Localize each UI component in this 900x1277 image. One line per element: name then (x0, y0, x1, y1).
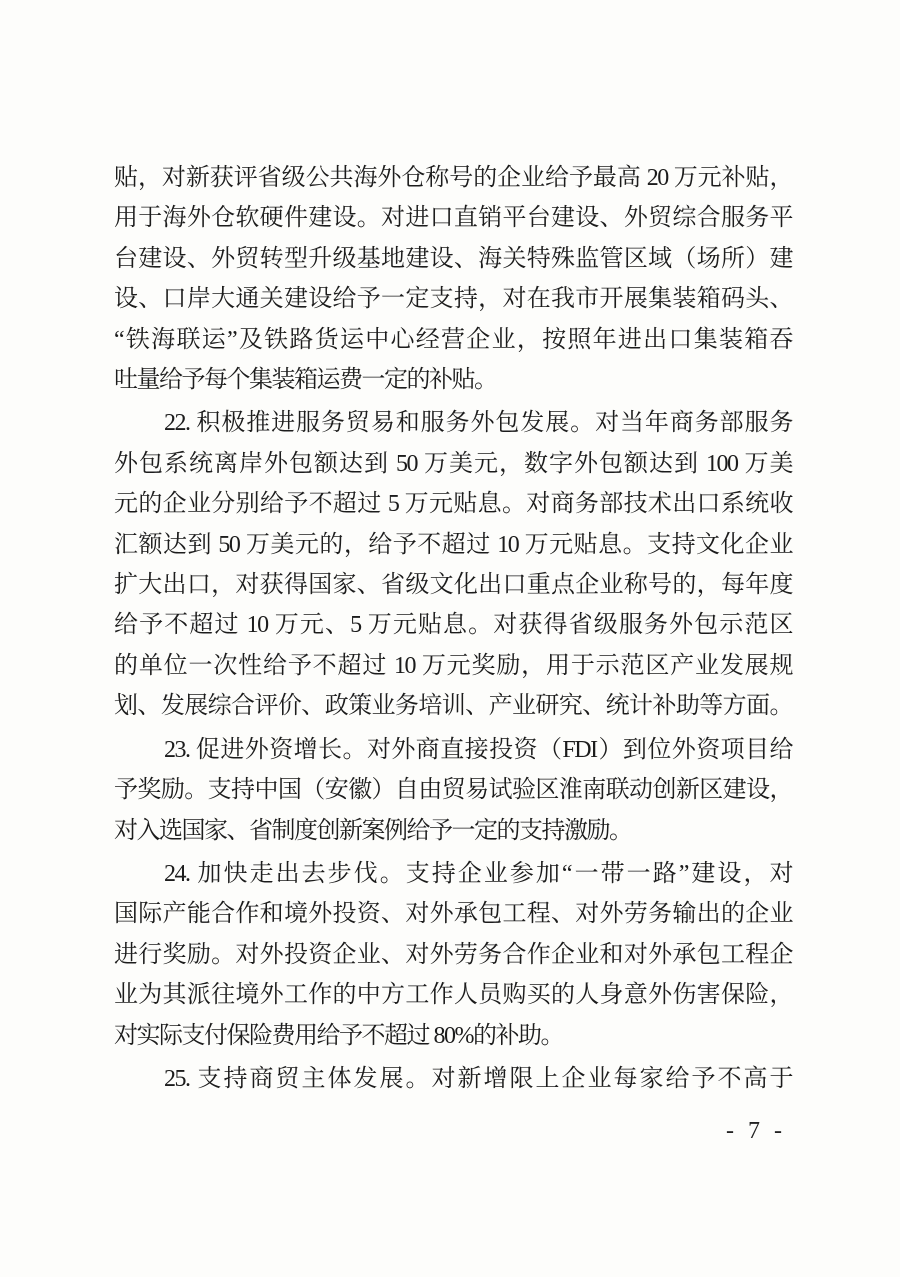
text-line: 汇额达到 50 万美元的，给予不超过 10 万元贴息。支持文化企业 (114, 525, 792, 565)
text-line: 24. 加快走出去步伐。支持企业参加“一带一路”建设，对 (114, 854, 792, 894)
text-line: 25. 支持商贸主体发展。对新增限上企业每家给予不高于 (114, 1059, 792, 1099)
paragraph-continuation: 贴，对新获评省级公共海外仓称号的企业给予最高 20 万元补贴， 用于海外仓软硬件… (114, 158, 792, 400)
text-line: 外包系统离岸外包额达到 50 万美元，数字外包额达到 100 万美 (114, 444, 792, 484)
text-line: 的单位一次性给予不超过 10 万元奖励，用于示范区产业发展规 (114, 646, 792, 686)
text-line: 22. 积极推进服务贸易和服务外包发展。对当年商务部服务 (114, 403, 792, 443)
text-line: 用于海外仓软硬件建设。对进口直销平台建设、外贸综合服务平 (114, 198, 792, 238)
text-line: 对入选国家、省制度创新案例给予一定的支持激励。 (114, 811, 792, 851)
text-line: 进行奖励。对外投资企业、对外劳务合作企业和对外承包工程企 (114, 935, 792, 975)
scanned-document-page: 贴，对新获评省级公共海外仓称号的企业给予最高 20 万元补贴， 用于海外仓软硬件… (0, 0, 900, 1277)
text-line: 给予不超过 10 万元、5 万元贴息。对获得省级服务外包示范区 (114, 605, 792, 645)
text-line: 业为其派往境外工作的中方工作人员购买的人身意外伤害保险， (114, 975, 792, 1015)
text-line: 予奖励。支持中国（安徽）自由贸易试验区淮南联动创新区建设， (114, 770, 792, 810)
text-line: 贴，对新获评省级公共海外仓称号的企业给予最高 20 万元补贴， (114, 158, 792, 198)
paragraph-item-23: 23. 促进外资增长。对外商直接投资（FDI）到位外资项目给 予奖励。支持中国（… (114, 730, 792, 851)
text-line: 元的企业分别给予不超过 5 万元贴息。对商务部技术出口系统收 (114, 484, 792, 524)
text-line: 扩大出口，对获得国家、省级文化出口重点企业称号的，每年度 (114, 565, 792, 605)
paragraph-item-24: 24. 加快走出去步伐。支持企业参加“一带一路”建设，对 国际产能合作和境外投资… (114, 854, 792, 1056)
page-number: - 7 - (726, 1118, 786, 1145)
document-text-block: 贴，对新获评省级公共海外仓称号的企业给予最高 20 万元补贴， 用于海外仓软硬件… (114, 158, 792, 1099)
text-line: 对实际支付保险费用给予不超过 80%的补助。 (114, 1016, 792, 1056)
text-line: 国际产能合作和境外投资、对外承包工程、对外劳务输出的企业 (114, 894, 792, 934)
text-line: 设、口岸大通关建设给予一定支持，对在我市开展集装箱码头、 (114, 279, 792, 319)
paragraph-item-22: 22. 积极推进服务贸易和服务外包发展。对当年商务部服务 外包系统离岸外包额达到… (114, 403, 792, 726)
text-line: 吐量给予每个集装箱运费一定的补贴。 (114, 360, 792, 400)
text-line: 划、发展综合评价、政策业务培训、产业研究、统计补助等方面。 (114, 686, 792, 726)
paragraph-item-25: 25. 支持商贸主体发展。对新增限上企业每家给予不高于 (114, 1059, 792, 1099)
text-line: 23. 促进外资增长。对外商直接投资（FDI）到位外资项目给 (114, 730, 792, 770)
text-line: 台建设、外贸转型升级基地建设、海关特殊监管区域（场所）建 (114, 239, 792, 279)
text-line: “铁海联运”及铁路货运中心经营企业，按照年进出口集装箱吞 (114, 320, 792, 360)
